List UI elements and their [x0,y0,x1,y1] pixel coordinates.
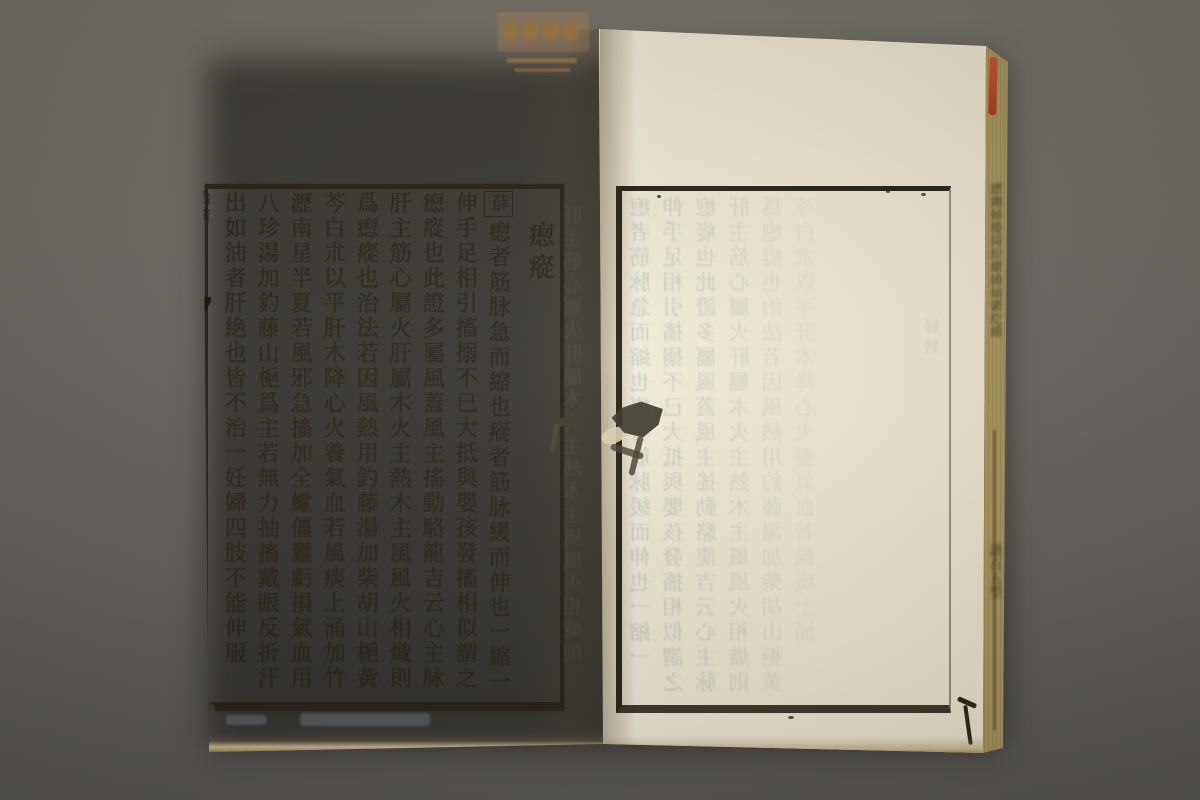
text-column: 出如油者肝絶也皆不治一妊婦四肢不能伸服 [217,191,250,696]
ink-speck [886,190,890,193]
watermark-glyph [543,23,558,40]
ink-smudge [226,715,266,725]
bleedthrough-column: 肝主筋心屬火肝屬木火主熱木主風風火相熾則 [725,196,755,696]
watermark-text-row [507,58,577,63]
ink-speck [788,716,794,719]
margin-book-section: 胎前 [189,189,212,239]
bleedthrough-column: 瘛瘲也此證多屬風蓋風主搖動駱龍吉云心主脉 [692,196,722,696]
text-column: 八珍湯加釣藤山梔爲主若無力抽搐戴眼反折汗 [250,191,283,696]
watermark-glyph [503,23,518,40]
bleedthrough-column: 芩白朮以平肝木降心火養氣血若風痰上涌 [791,196,821,696]
section-title: 瘛瘲 [522,221,558,691]
fore-edge-page-numbers: 譜百五型 [983,543,1003,633]
bleedthrough-column: 伸手足相引搐搦不已大抵與嬰孩發搐相似謂之 [659,196,689,696]
text-column: 瀝南星半夏若風邪急搐加全蠍僵蠶虧損氣血用 [283,191,316,696]
ink-hook-mark [963,705,973,745]
watermark-glyph [563,23,578,40]
margin-leaf-title: 瘛瘲 [189,241,205,285]
text-column: 芩白朮以平肝木降心火養氣血若風痰上涌加竹 [316,191,349,696]
margin-page-number: 六十 [189,329,210,399]
fishtail-mark-icon [191,297,211,319]
centerfold-margin: 胎前 瘛瘲 六十 [189,189,217,489]
text-column: 伸手足相引搐搦不已大抵與嬰孩發搐相似謂之 [448,191,481,696]
author-box-mark: 薛 [484,191,513,217]
ink-speck [657,195,661,198]
right-page-bottom-edge [600,736,990,754]
text-column: 薛瘛者筋脉急而縮也瘲者筋脉緩而伸也一縮一 [481,191,514,696]
watermark-text-row [514,68,570,72]
ink-speck [921,193,926,196]
text-column: 瘛瘲也此證多屬風蓋風主搖動駱龍吉云心主脉 [415,191,448,696]
text-column: 爲瘛瘲也治法若因風熱用釣藤湯加柴胡山梔黃 [349,191,382,696]
watermark [497,12,589,78]
bleedthrough-margin-text: 婦嫎 [922,318,952,438]
watermark-glyph [523,23,538,40]
left-page-bleedthrough: 肝主筋心屬火肝屬木火主熱木主風風火相熾則 [560,205,593,685]
text-column-body: 瘛者筋脉急而縮也瘲者筋脉緩而伸也一縮一 [486,220,511,695]
ink-smudge [300,713,430,726]
fore-edge-stamped-text: 縹緗婦媵綺紛繚繞紬綮紇絺 [984,182,1004,432]
bleedthrough-column: 爲瘛瘲也治法若因風熱用釣藤湯加柴胡山梔黃 [758,196,788,696]
red-edge-mark [988,57,998,115]
book-photograph: 肝主筋心屬火肝屬木火主熱木主風風火相熾則 瘛瘲 薛瘛者筋脉急而縮也瘲者筋脉緩而伸… [0,0,1200,800]
watermark-seal [497,12,589,52]
text-column: 肝主筋心屬火肝屬木火主熱木主風風火相熾則 [382,191,415,696]
